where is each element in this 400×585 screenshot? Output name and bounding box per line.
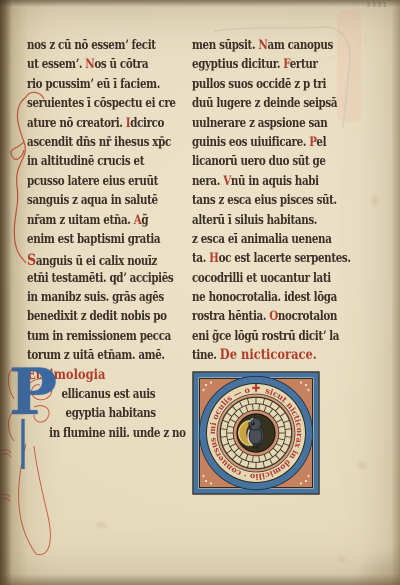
- body-text: nos z cū nō essemʼ fecit: [27, 37, 156, 52]
- body-text: ascendit dn̄s nr̄ ihesus xp̄c: [27, 134, 171, 149]
- body-text: am canopus: [267, 37, 332, 52]
- text-line: uulnerare z aspsione san: [192, 115, 336, 134]
- body-text: ut essemʼ.: [27, 56, 85, 71]
- text-line: alterū ī siluis habitans.: [192, 212, 336, 231]
- body-text: nū in aquis habi: [231, 173, 319, 188]
- body-text: enim est baptismi gratia: [27, 231, 160, 246]
- text-line: men sūpsit. Nam canopus: [192, 37, 336, 56]
- body-text: uulnerare z aspsione san: [192, 115, 327, 130]
- body-text: in altitudinē crucis et: [27, 153, 144, 168]
- text-line: nos z cū nō essemʼ fecit: [27, 37, 171, 56]
- parchment-stain: [96, 522, 106, 528]
- body-text: g̃: [141, 212, 148, 227]
- body-text: nr̄am z uitam etn̄a.: [27, 212, 134, 227]
- text-column-right: men sūpsit. Nam canopusegyptius dicitur.…: [192, 37, 367, 367]
- body-text: duū lugere z deinde seipsā: [192, 95, 337, 110]
- text-line: benedixit z dedit nobis po: [27, 308, 171, 327]
- rubricated-initial: O: [269, 308, 278, 323]
- text-line: nr̄am z uitam etn̄a. Ag̃: [27, 212, 171, 231]
- text-line: ascendit dn̄s nr̄ ihesus xp̄c: [27, 134, 171, 153]
- body-text: z esca eī animalia uenena: [192, 231, 332, 246]
- parchment-stain: [358, 462, 367, 469]
- page-corner-curl: [320, 519, 400, 585]
- text-line: egyptius dicitur. Fertur: [192, 56, 336, 75]
- text-line: tans z esca eius pisces sūt.: [192, 192, 336, 211]
- body-text: etn̄i testamēti. qdʼ accipiēs: [27, 270, 173, 285]
- text-line: pcusso latere eius eruūt: [27, 173, 171, 192]
- body-text: cocodrilli et uocantur lati: [192, 270, 331, 285]
- text-line: nera. Vnū in aquis habi: [192, 173, 336, 192]
- rubricated-initial: S: [27, 250, 36, 269]
- body-text: ature nō creatori.: [27, 115, 126, 130]
- body-text: oc est lacerte serpentes.: [219, 250, 351, 265]
- rubricated-initial: A: [134, 212, 142, 227]
- text-line: ta. Hoc est lacerte serpentes.: [192, 250, 336, 269]
- text-line: tum in remissionem pecca: [27, 328, 171, 347]
- text-line: licanorū uero duo sūt ge: [192, 153, 336, 172]
- rubricated-initial: P: [309, 134, 316, 149]
- body-text: ta.: [192, 250, 209, 265]
- nicticorax-miniature: sicut nicticorax in domicilio · conuersu…: [192, 371, 320, 495]
- rubricated-initial: H: [209, 250, 218, 265]
- text-line: cocodrilli et uocantur lati: [192, 270, 336, 289]
- text-line: sanguis z aqua in salutē: [27, 192, 171, 211]
- body-text: ertur: [290, 56, 318, 71]
- manuscript-photo: 3331 nos z cū nō essemʼ fecitut essemʼ. …: [0, 0, 400, 585]
- rubricated-initial: N: [85, 56, 94, 71]
- body-text: eni g̃ce lōgū rostrū dicitʼ la: [192, 328, 339, 343]
- body-text: pcusso latere eius eruūt: [27, 173, 158, 188]
- body-text: nera.: [192, 173, 223, 188]
- body-text: seruientes ī cōspectu ei cre: [27, 95, 176, 110]
- body-text: licanorū uero duo sūt ge: [192, 153, 326, 168]
- parchment-page: 3331 nos z cū nō essemʼ fecitut essemʼ. …: [0, 0, 400, 585]
- body-text: pullos suos occidē z p tri: [192, 76, 326, 91]
- text-line: rio pcussimʼ eū ī faciem.: [27, 76, 171, 95]
- text-line: ut essemʼ. Nos ū cōtra: [27, 56, 171, 75]
- body-text: tans z esca eius pisces sūt.: [192, 192, 337, 207]
- text-line: z esca eī animalia uenena: [192, 231, 336, 250]
- body-text: anguis ū ei calix nouīz: [36, 253, 157, 268]
- illuminated-initial-p: P: [9, 361, 57, 425]
- binding-gutter-shadow: [0, 0, 12, 585]
- text-line: ature nō creatori. Idcirco: [27, 115, 171, 134]
- text-line: seruientes ī cōspectu ei cre: [27, 95, 171, 114]
- rubricated-initial: N: [258, 37, 267, 52]
- body-text: tine.: [192, 347, 220, 362]
- body-text: egyptius dicitur.: [192, 56, 283, 71]
- text-line: duū lugere z deinde seipsā: [192, 95, 336, 114]
- body-text: el: [316, 134, 326, 149]
- page-edge-right: [391, 0, 400, 585]
- body-text: sanguis z aqua in salutē: [27, 192, 158, 207]
- body-text: men sūpsit.: [192, 37, 258, 52]
- parchment-stain: [372, 196, 378, 206]
- text-line: enim est baptismi gratia: [27, 231, 171, 250]
- text-line: Sanguis ū ei calix nouīz: [27, 250, 171, 269]
- text-line: eni g̃ce lōgū rostrū dicitʼ la: [192, 328, 336, 347]
- text-line: in manibz suis. grās agēs: [27, 289, 171, 308]
- body-text: in manibz suis. grās agēs: [27, 289, 164, 304]
- rubric-text: De nicticorace.: [220, 347, 317, 363]
- text-line: rostra hēntia. Onocrotalon: [192, 308, 336, 327]
- body-text: ne honocrotalia. idest lōga: [192, 289, 337, 304]
- body-text: benedixit z dedit nobis po: [27, 308, 167, 323]
- body-text: alterū ī siluis habitans.: [192, 212, 317, 227]
- body-text: dcirco: [130, 115, 164, 130]
- body-text: rostra hēntia.: [192, 308, 269, 323]
- page-edge-top: [0, 0, 400, 7]
- text-line: ne honocrotalia. idest lōga: [192, 289, 336, 308]
- body-text: guinis eos uiuificare.: [192, 134, 309, 149]
- body-text: tum in remissionem pecca: [27, 328, 171, 343]
- rubric-line: tine. De nicticorace.: [192, 347, 336, 366]
- text-line: in altitudinē crucis et: [27, 153, 171, 172]
- body-text: rio pcussimʼ eū ī faciem.: [27, 76, 160, 91]
- text-line: etn̄i testamēti. qdʼ accipiēs: [27, 270, 171, 289]
- body-text: nocrotalon: [278, 308, 337, 323]
- text-line: pullos suos occidē z p tri: [192, 76, 336, 95]
- body-text: os ū cōtra: [94, 56, 148, 71]
- text-line: guinis eos uiuificare. Pel: [192, 134, 336, 153]
